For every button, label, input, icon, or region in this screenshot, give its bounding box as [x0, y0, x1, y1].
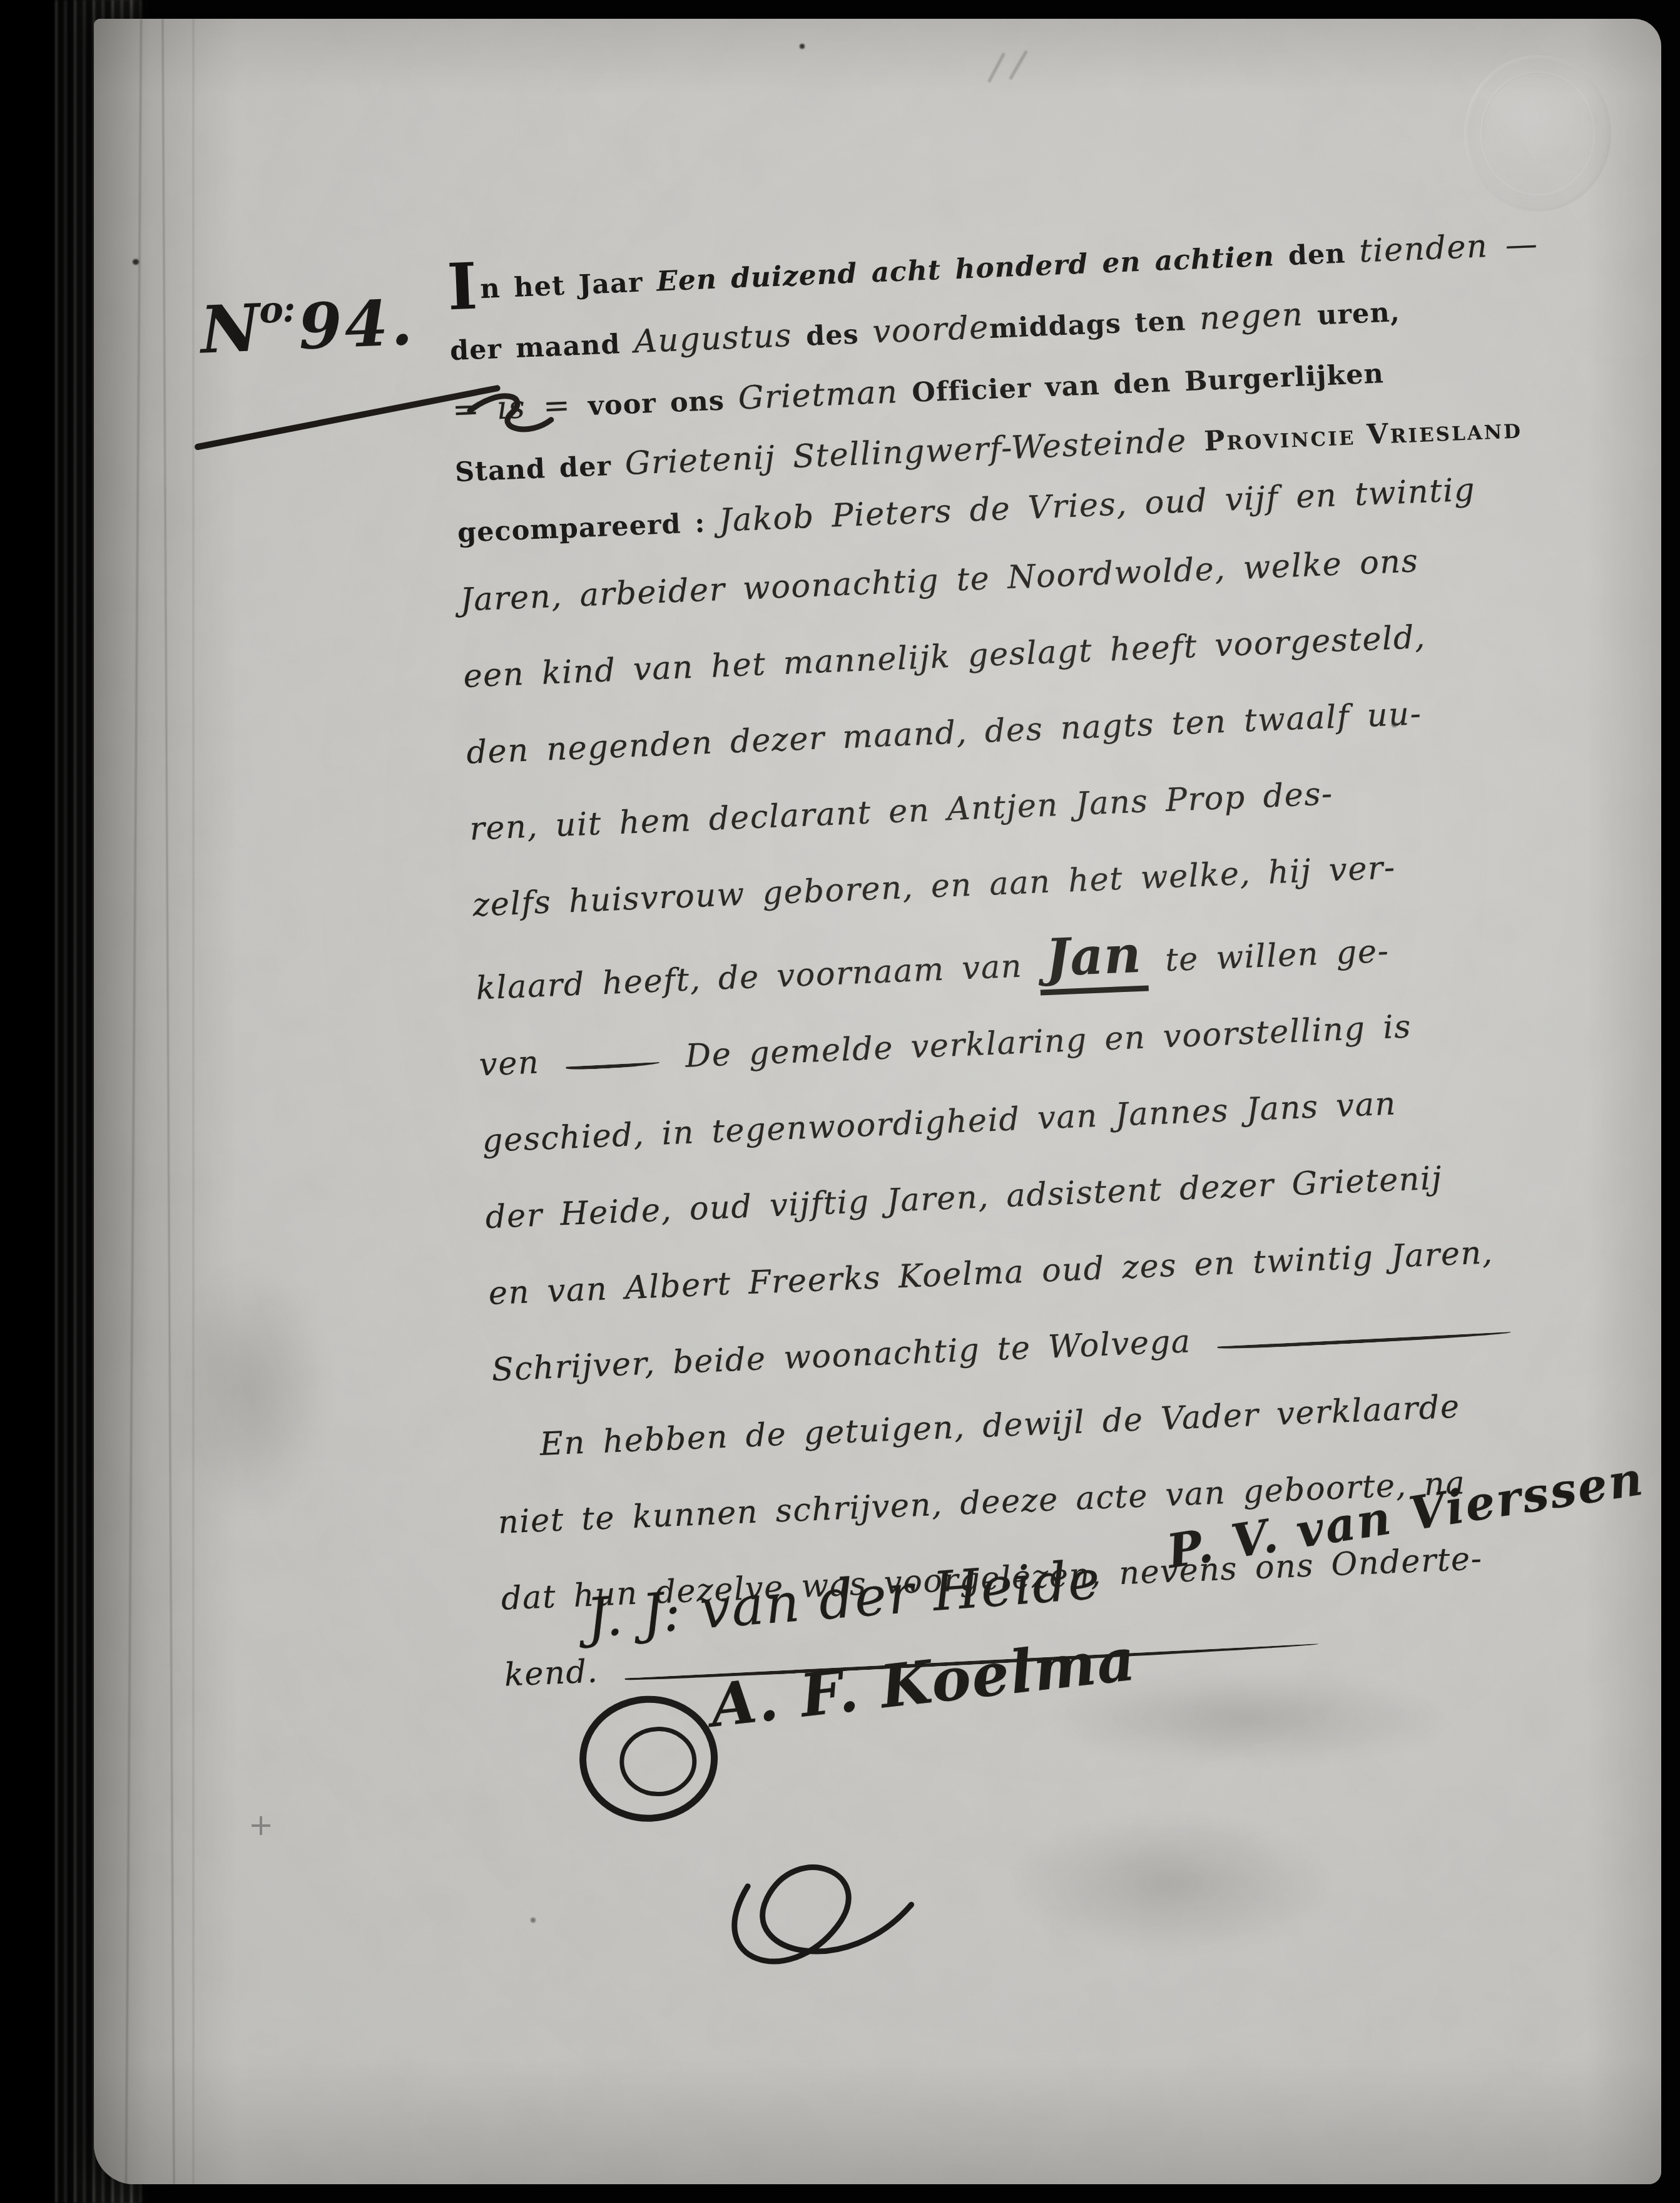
text-segment-hand: kend. [504, 1652, 616, 1694]
text-segment-hand: ven [479, 1043, 557, 1083]
text-segment-hand: De gemelde verklaring en voorstelling is [668, 1008, 1412, 1076]
text-segment-hand-big: Jan [1038, 924, 1149, 995]
text-segment-hand: voorde [872, 309, 990, 351]
text-segment-hand: Grietman [738, 374, 899, 417]
bleedthrough-smudge [1045, 1671, 1445, 1765]
bleedthrough-smudge [169, 1258, 332, 1521]
scanned-page: No: 94. In het Jaar Een duizend acht hon… [0, 0, 1680, 2203]
text-segment-hand: = is = [452, 386, 589, 429]
flourish-rule [566, 1060, 659, 1071]
text-segment-hand: klaard heeft, de voornaam van [476, 948, 1041, 1008]
paper-sheet: No: 94. In het Jaar Een duizend acht hon… [94, 19, 1661, 2184]
text-segment-printed: uren, [1303, 297, 1400, 332]
text-segment-hand: Augustus [633, 317, 793, 360]
flourish-rule [1217, 1330, 1511, 1351]
ink-speck [133, 259, 139, 265]
text-segment-hand: Schrijver, beide woonachtig te Wolvega [491, 1322, 1209, 1389]
ink-speck [800, 44, 805, 49]
text-segment-printed-caps: Provincie Vriesland [1203, 412, 1522, 457]
act-number-superscript: o: [258, 288, 295, 332]
text-segment-initial: I [445, 249, 479, 325]
ink-speck [1392, 722, 1397, 727]
text-segment-printed: Stand der [454, 450, 626, 488]
bleedthrough-smudge [1007, 1815, 1333, 1953]
act-number-value: 94. [297, 285, 417, 364]
act-content: No: 94. In het Jaar Een duizend acht hon… [83, 0, 1680, 2198]
text-segment-printed: gecompareerd : [457, 507, 720, 549]
text-segment-printed: des [792, 319, 873, 353]
text-segment-hand: negen [1199, 296, 1304, 337]
text-segment-hand: tienden — [1358, 226, 1539, 270]
text-segment-printed: Officier van den Burgerlijken [897, 358, 1384, 409]
text-segment-printed: voor ons [588, 385, 739, 422]
text-segment-printed: middags ten [989, 305, 1200, 345]
text-segment-printed-bold: Een duizend acht honderd en achtien [656, 240, 1275, 297]
text-segment-hand: te willen ge- [1147, 933, 1390, 980]
act-number-prefix: N [199, 289, 262, 369]
margin-cross-mark [252, 1816, 270, 1835]
text-segment-printed: den [1274, 238, 1360, 273]
text-segment-printed: der maand [449, 328, 634, 367]
ink-speck [531, 1918, 536, 1923]
text-segment-printed: n het Jaar [479, 267, 657, 305]
